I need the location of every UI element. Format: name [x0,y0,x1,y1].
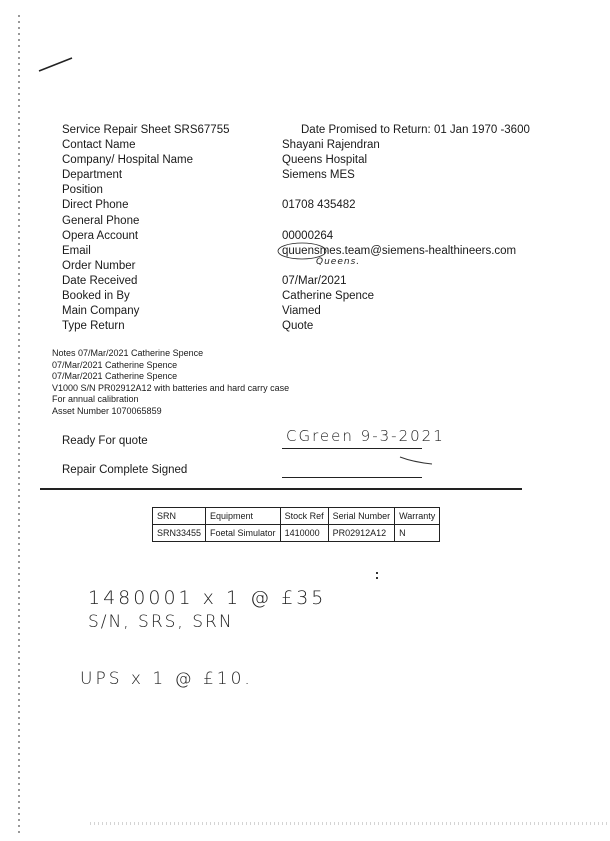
ready-signature-line [282,448,422,449]
scan-noise [90,822,610,825]
notes-block: Notes 07/Mar/2021 Catherine Spence07/Mar… [52,348,289,417]
field-value: 07/Mar/2021 [282,275,347,287]
field-label: Booked in By [62,290,130,302]
field-label: Company/ Hospital Name [62,154,193,166]
pen-mark-icon [36,55,76,75]
field-value: Viamed [282,305,321,317]
table-cell: SRN33455 [153,525,206,542]
table-header-cell: SRN [153,508,206,525]
handwritten-note-3: UPS x 1 @ £10. [80,669,253,689]
table-cell: PR02912A12 [328,525,395,542]
table-cell: 1410000 [280,525,328,542]
table-header-cell: Warranty [395,508,440,525]
field-label: Direct Phone [62,199,128,211]
table-cell: N [395,525,440,542]
field-label: Order Number [62,260,136,272]
handwritten-note-2: S/N, SRS, SRN [88,612,234,632]
speck [376,577,378,579]
field-value: 01708 435482 [282,199,356,211]
email-annotation: Queens. [316,257,360,267]
ink-mark-icon [398,454,438,468]
field-label: Type Return [62,320,125,332]
field-value: 00000264 [282,230,333,242]
section-divider [40,488,522,490]
service-repair-sheet: Service Repair Sheet SRS67755 Date Promi… [0,0,610,841]
date-promised: Date Promised to Return: 01 Jan 1970 -36… [301,124,530,136]
field-label: Department [62,169,122,181]
table-header-cell: Equipment [206,508,281,525]
field-value: Quote [282,320,313,332]
field-label: Email [62,245,91,257]
table-header-cell: Serial Number [328,508,395,525]
table-header-row: SRNEquipmentStock RefSerial NumberWarran… [153,508,440,525]
field-label: Date Received [62,275,137,287]
equipment-table: SRNEquipmentStock RefSerial NumberWarran… [152,507,440,542]
field-label: Main Company [62,305,139,317]
note-line: 07/Mar/2021 Catherine Spence [52,371,289,383]
handwritten-note-1: 1480001 x 1 @ £35 [88,587,326,609]
field-label: Opera Account [62,230,138,242]
note-line: 07/Mar/2021 Catherine Spence [52,360,289,372]
sheet-title: Service Repair Sheet SRS67755 [62,124,230,136]
note-line: For annual calibration [52,394,289,406]
table-row: SRN33455Foetal Simulator1410000PR02912A1… [153,525,440,542]
repair-complete-label: Repair Complete Signed [62,464,187,476]
field-value: Shayani Rajendran [282,139,380,151]
scan-binding-edge [18,15,20,835]
repair-complete-signature-line[interactable] [282,477,422,478]
note-line: Notes 07/Mar/2021 Catherine Spence [52,348,289,360]
field-label: Contact Name [62,139,136,151]
field-label: Position [62,184,103,196]
field-value: Siemens MES [282,169,355,181]
ready-for-quote-label: Ready For quote [62,435,148,447]
ready-signature: CGreen 9-3-2021 [286,427,445,445]
table-cell: Foetal Simulator [206,525,281,542]
note-line: V1000 S/N PR02912A12 with batteries and … [52,383,289,395]
table-header-cell: Stock Ref [280,508,328,525]
speck [376,572,378,574]
field-label: General Phone [62,215,139,227]
field-value: Queens Hospital [282,154,367,166]
note-line: Asset Number 1070065859 [52,406,289,418]
field-value: Catherine Spence [282,290,374,302]
